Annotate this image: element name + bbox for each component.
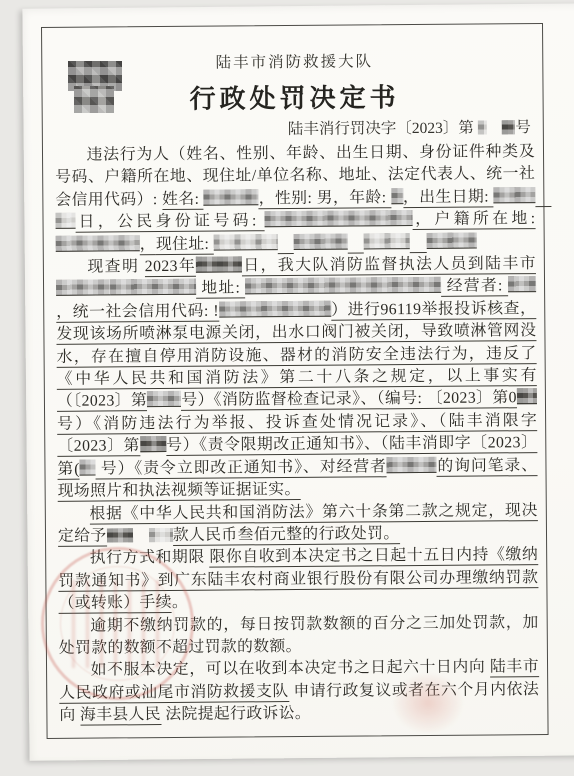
paragraph-appeal-rights: 如不服本决定，可以在收到本决定书之日起六十日内向 陆丰市人民政府或汕尾市消防救援… [59,656,540,727]
redacted-block [56,235,140,252]
redacted-block [219,301,331,318]
text-segment: 现住址: [156,235,214,254]
document-border-frame: 陆丰市消防救援大队 行政处罚决定书 陆丰消行罚决字〔2023〕第 号 违法行为人… [41,23,549,739]
paragraph-payment-method: 执行方式和期限 限你自收到本决定书之日起十五日内持《缴纳罚款通知书》到广东陆丰农… [58,544,539,615]
text-segment: 日，公民身份证号码: [75,212,264,232]
redacted-block [517,389,537,405]
redacted-block [204,189,259,205]
text-segment [535,188,551,207]
text-segment: 陆丰消行罚决字〔2023〕第 [288,120,478,138]
text-segment: 地址: [196,280,246,299]
paragraph-penalty-decision: 根据《中华人民共和国消防法》第六十条第二款之规定，现决定给予 款人民币叁佰元整的… [58,500,538,549]
text-segment [348,234,364,253]
redacted-block [508,277,536,293]
text-segment: ，性别: 男，年龄: [259,189,391,209]
redacted-block [56,280,110,296]
text-segment: 号）《消防监督检查记录》、（编号: 〔2023〕第0 [181,390,517,412]
redacted-block [245,277,441,295]
redacted-block [196,256,242,272]
text-segment: ，统一社会信用代码: ! [56,302,219,322]
text-segment [410,234,426,253]
text-segment: 执行方式和期限 [90,549,210,567]
text-segment: 逾期不缴纳罚款的，每日按罚款数额的百分之三加处罚款，加处罚款的数额不超过罚款的数… [59,614,539,657]
redacted-block [264,210,412,227]
redacted-block [107,528,133,542]
text-segment: 姓名: [162,191,204,210]
text-segment: 海丰县人民 [80,706,161,726]
text-segment: 如不服本决定，可以在收到本决定书之日起六十日内向 [91,659,490,679]
text-segment: ， [140,236,156,255]
text-segment: 号）《责令立即改正通知书》、对经营者 [96,458,387,479]
redacted-block [426,232,476,248]
redacted-block [502,120,515,134]
issuing-agency-name: 陆丰市消防救援大队 [54,48,534,74]
text-segment [278,235,294,254]
text-segment [133,527,149,544]
redacted-block [140,436,166,452]
text-segment: ，户籍所在地: [412,210,536,230]
text-segment: 2023年 [145,258,197,277]
paragraph-late-penalty: 逾期不缴纳罚款的，每日按罚款数额的百分之三加处罚款，加处罚款的数额不超过罚款的数… [59,612,539,661]
text-segment: 现查明 [87,258,144,275]
redacted-block [214,234,278,251]
text-segment: 经营者: [441,278,508,298]
text-segment: 。 [172,594,188,611]
text-segment: 号 [515,119,531,136]
redacted-block [110,279,196,296]
redaction-mosaic-top-left-lower [74,86,114,113]
paragraph-facts-findings: 现查明 2023年日，我大队消防监督执法人员到陆丰市 地址: 经营者: ，统一社… [56,253,538,503]
text-segment: 日，我大队消防监督执法人员到陆丰市 [242,255,536,276]
redacted-block [493,187,535,203]
text-segment: 法院提起行政诉讼。 [161,705,311,723]
document-title: 行政处罚决定书 [54,76,534,117]
redacted-block [55,213,75,229]
text-segment: 款人民币叁佰元整的行政处罚。 [173,525,400,546]
text-segment [487,119,503,136]
scanned-document-canvas: 陆丰市消防救援大队 行政处罚决定书 陆丰消行罚决字〔2023〕第 号 违法行为人… [0,0,574,776]
redacted-block [80,459,96,475]
redacted-block [387,457,437,473]
redacted-block [147,391,181,407]
paragraph-violator-info: 违法行为人（姓名、性别、年龄、出生日期、身份证件种类及号码、户籍所在地、现住址/… [55,141,536,257]
redacted-block [478,120,487,134]
redacted-block [391,188,403,204]
redacted-block [364,233,410,249]
redacted-block [149,528,173,542]
text-segment: ，出生日期: [403,188,494,208]
redacted-block [294,233,348,249]
document-number: 陆丰消行罚决字〔2023〕第 号 [55,115,535,141]
